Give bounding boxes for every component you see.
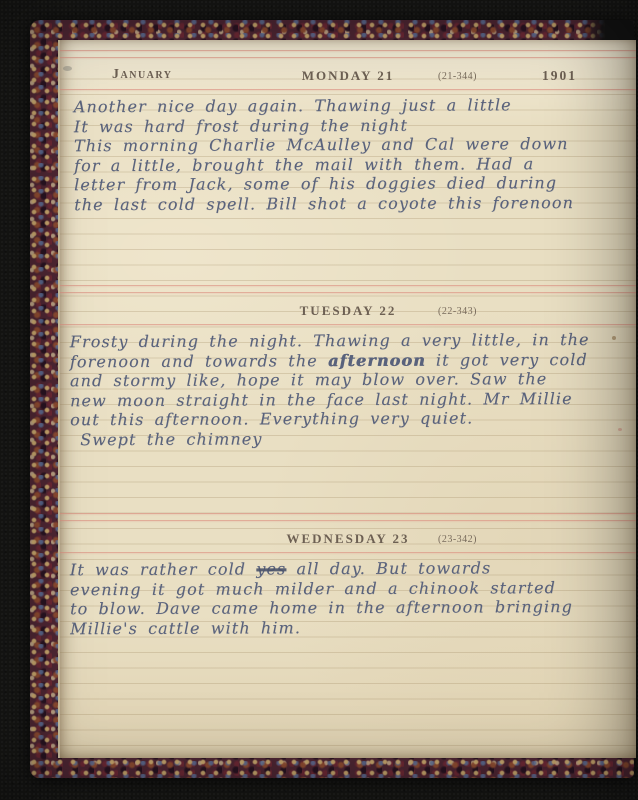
handwritten-entry: Frosty during the night. Thawing a very … bbox=[70, 330, 633, 450]
entry-text: forenoon and towards the bbox=[70, 351, 328, 371]
entry-text: Millie's cattle with him. bbox=[70, 618, 301, 638]
entry-line: letter from Jack, some of his doggies di… bbox=[74, 173, 632, 195]
entry-text: to blow. Dave came home in the afternoon… bbox=[70, 597, 573, 618]
entry-text: new moon straight in the face last night… bbox=[70, 389, 573, 410]
red-rule-line bbox=[60, 324, 636, 325]
entry-line: out this afternoon. Everything very quie… bbox=[70, 408, 632, 430]
diary-page: JanuaryMONDAY 21(21-344)1901Another nice… bbox=[58, 40, 636, 758]
entry-line: evening it got much milder and a chinook… bbox=[70, 577, 632, 599]
red-rule-line bbox=[60, 292, 636, 293]
entry-text: all day. But towards bbox=[286, 558, 491, 578]
red-rule-line bbox=[60, 57, 636, 58]
entry-line: Swept the chimney bbox=[70, 428, 632, 450]
day-title: WEDNESDAY 23 bbox=[60, 531, 636, 547]
entry-line: It was hard frost during the night bbox=[74, 114, 632, 136]
diary-book-cover: JanuaryMONDAY 21(21-344)1901Another nice… bbox=[30, 20, 634, 778]
handwritten-entry: Another nice day again. Thawing just a l… bbox=[74, 95, 633, 215]
entry-text: it got very cold bbox=[426, 350, 588, 370]
entry-text: This morning Charlie McAulley and Cal we… bbox=[74, 134, 569, 155]
year-label: 1901 bbox=[542, 68, 577, 84]
entry-line: It was rather cold yes all day. But towa… bbox=[70, 558, 632, 580]
day-code: (22-343) bbox=[438, 306, 477, 317]
entry-text: the last cold spell. Bill shot a coyote … bbox=[74, 193, 574, 214]
entry-line: for a little, brought the mail with them… bbox=[74, 154, 632, 176]
entry-line: Another nice day again. Thawing just a l… bbox=[74, 95, 632, 117]
entry-text: for a little, brought the mail with them… bbox=[74, 154, 534, 175]
entry-text: Swept the chimney bbox=[80, 429, 262, 449]
day-header: WEDNESDAY 23(23-342) bbox=[60, 527, 636, 549]
day-code: (21-344) bbox=[438, 71, 477, 82]
entry-line: and stormy like, hope it may blow over. … bbox=[70, 369, 632, 391]
entry-text: letter from Jack, some of his doggies di… bbox=[74, 173, 557, 194]
entry-text: Another nice day again. Thawing just a l… bbox=[74, 95, 512, 116]
day-header: TUESDAY 22(22-343) bbox=[60, 299, 636, 321]
day-title: TUESDAY 22 bbox=[60, 303, 636, 319]
handwritten-entry: It was rather cold yes all day. But towa… bbox=[70, 558, 632, 639]
entry-line: new moon straight in the face last night… bbox=[70, 389, 632, 411]
entry-line: Millie's cattle with him. bbox=[70, 617, 632, 639]
red-rule-line bbox=[60, 89, 636, 90]
photo-background: JanuaryMONDAY 21(21-344)1901Another nice… bbox=[0, 0, 638, 800]
book-spine-shadow bbox=[582, 20, 634, 42]
day-header: JanuaryMONDAY 21(21-344)1901 bbox=[60, 64, 636, 86]
entry-text: and stormy like, hope it may blow over. … bbox=[70, 369, 547, 390]
red-rule-line bbox=[60, 552, 636, 553]
entry-text: It was rather cold bbox=[70, 559, 257, 579]
entry-line: This morning Charlie McAulley and Cal we… bbox=[74, 134, 632, 156]
red-rule-line bbox=[60, 520, 636, 521]
red-rule-line bbox=[60, 513, 636, 514]
red-rule-line bbox=[60, 285, 636, 286]
entry-line: Frosty during the night. Thawing a very … bbox=[70, 330, 632, 352]
day-code: (23-342) bbox=[438, 534, 477, 545]
entry-line: the last cold spell. Bill shot a coyote … bbox=[74, 193, 632, 215]
entry-text: afternoon bbox=[328, 350, 426, 369]
entry-line: forenoon and towards the afternoon it go… bbox=[70, 349, 632, 371]
red-rule-line bbox=[60, 50, 636, 51]
entry-text: evening it got much milder and a chinook… bbox=[70, 578, 556, 599]
entry-text: out this afternoon. Everything very quie… bbox=[70, 409, 473, 430]
entry-line: to blow. Dave came home in the afternoon… bbox=[70, 597, 632, 619]
entry-text: It was hard frost during the night bbox=[74, 115, 408, 135]
entry-text: Frosty during the night. Thawing a very … bbox=[70, 330, 590, 351]
entry-text: yes bbox=[256, 559, 286, 578]
